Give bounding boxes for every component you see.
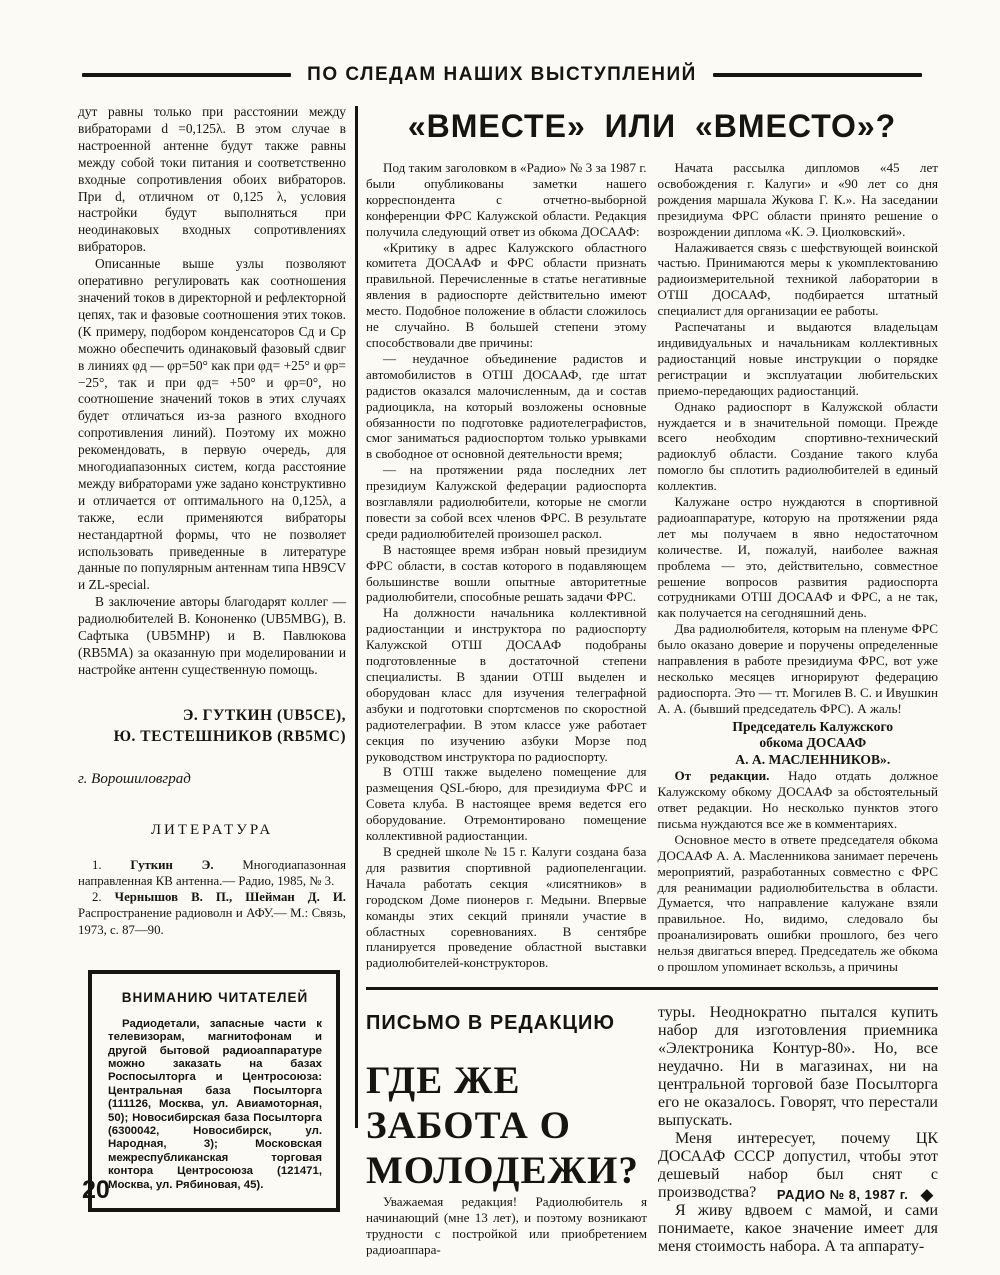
rubric-label: ПО СЛЕДАМ НАШИХ ВЫСТУПЛЕНИЙ <box>307 64 697 86</box>
literature-heading: ЛИТЕРАТУРА <box>78 822 346 839</box>
page-number: 20 <box>82 1176 110 1205</box>
paragraph: Основное место в ответе председателя обк… <box>658 832 939 975</box>
paragraph: На должности начальника коллективной рад… <box>366 605 647 764</box>
literature-list: 1. Гуткин Э. Многодиапазонная направленн… <box>78 857 346 938</box>
paragraph: — на протяжении ряда последних лет прези… <box>366 462 647 542</box>
paragraph: Распечатаны и выдаются владельцам индиви… <box>658 319 939 399</box>
paragraph: туры. Неоднократно пытался купить набор … <box>658 1004 938 1130</box>
readers-notice-box: ВНИМАНИЮ ЧИТАТЕЛЕЙ Радиодетали, запасные… <box>88 970 340 1212</box>
editorial-note: От редакции. Надо отдать должное Калужск… <box>658 768 939 832</box>
antenna-article-continuation: дут равны только при расстоянии между ви… <box>78 104 346 679</box>
paragraph: Под таким заголовком в «Радио» № 3 за 19… <box>366 160 647 240</box>
signature-line: обкома ДОСААФ <box>688 735 939 752</box>
signature-line: Ю. ТЕСТЕШНИКОВ (RB5MC) <box>78 726 346 747</box>
letter-kicker: ПИСЬМО В РЕДАКЦИЮ <box>366 1012 647 1035</box>
literature-item: 2. Чернышов В. П., Шейман Д. И. Распрост… <box>78 889 346 938</box>
paragraph: Налаживается связь с шефствующей воинско… <box>658 240 939 320</box>
paragraph: Начата рассылка дипломов «45 лет освобож… <box>658 160 939 240</box>
notice-title: ВНИМАНИЮ ЧИТАТЕЛЕЙ <box>108 990 322 1005</box>
signature-line: Председатель Калужского <box>688 719 939 736</box>
section-divider-rule <box>366 987 938 990</box>
paragraph: В средней школе № 15 г. Калуги создана б… <box>366 844 647 971</box>
authors-signature: Э. ГУТКИН (UB5CE), Ю. ТЕСТЕШНИКОВ (RB5MC… <box>78 705 346 747</box>
issue-label: РАДИО № 8, 1987 г. <box>777 1187 909 1202</box>
article-column-2: Начата рассылка дипломов «45 лет освобож… <box>658 160 939 975</box>
paragraph: Два радиолюбителя, которым на пленуме ФР… <box>658 621 939 716</box>
letter-column-2: туры. Неоднократно пытался купить набор … <box>658 1004 938 1258</box>
paragraph: Калужане остро нуждаются в спортивной ра… <box>658 494 939 621</box>
main-article-area: «ВМЕСТЕ» ИЛИ «ВМЕСТО»? Под таким заголов… <box>366 108 938 1258</box>
paragraph: В ОТШ также выделено помещение для разме… <box>366 764 647 844</box>
article-columns: Под таким заголовком в «Радио» № 3 за 19… <box>366 160 938 975</box>
paragraph: — неудачное объединение радистов и автом… <box>366 351 647 462</box>
signature-line: Э. ГУТКИН (UB5CE), <box>78 705 346 726</box>
paragraph: В заключение авторы благодарят коллег — … <box>78 594 346 679</box>
letter-headline: ГДЕ ЖЕ ЗАБОТА О МОЛОДЕЖИ? <box>366 1059 666 1194</box>
author-location: г. Ворошиловград <box>78 771 346 788</box>
literature-item-number: 2. <box>92 890 102 904</box>
rubric-rule-left <box>82 73 291 77</box>
notice-body: Радиодетали, запасные части к телевизора… <box>108 1018 322 1192</box>
literature-item-authors: Гуткин Э. <box>130 858 213 872</box>
column-divider <box>355 106 358 1128</box>
magazine-page: ПО СЛЕДАМ НАШИХ ВЫСТУПЛЕНИЙ дут равны то… <box>0 0 1000 1275</box>
left-column: дут равны только при расстоянии между ви… <box>78 104 346 1212</box>
literature-item-text: Распространение радиоволн и АФУ.— М.: Св… <box>78 906 346 936</box>
rubric-rule-right <box>713 73 922 77</box>
paragraph: Однако радиоспорт в Калужской области ну… <box>658 399 939 494</box>
rubric-header: ПО СЛЕДАМ НАШИХ ВЫСТУПЛЕНИЙ <box>82 64 922 86</box>
letter-column-1: ПИСЬМО В РЕДАКЦИЮ ГДЕ ЖЕ ЗАБОТА О МОЛОДЕ… <box>366 1004 647 1258</box>
letter-intro-block: Уважаемая редакция! Радиолюбитель я начи… <box>366 1194 647 1259</box>
paragraph: Уважаемая редакция! Радиолюбитель я начи… <box>366 1194 647 1259</box>
paragraph: дут равны только при расстоянии между ви… <box>78 104 346 256</box>
paragraph: В настоящее время избран новый президиум… <box>366 542 647 606</box>
official-signature: Председатель Калужского обкома ДОСААФ А.… <box>658 719 939 769</box>
literature-item-number: 1. <box>92 858 102 872</box>
paragraph: Я живу вдвоем с мамой, и сами понимаете,… <box>658 1202 938 1256</box>
diamond-icon: ◆ <box>920 1186 934 1203</box>
literature-item: 1. Гуткин Э. Многодиапазонная направленн… <box>78 857 346 889</box>
letter-section: ПИСЬМО В РЕДАКЦИЮ ГДЕ ЖЕ ЗАБОТА О МОЛОДЕ… <box>366 1004 938 1258</box>
footer-issue-info: РАДИО № 8, 1987 г. ◆ <box>777 1186 934 1203</box>
article-column-1: Под таким заголовком в «Радио» № 3 за 19… <box>366 160 647 975</box>
article-title: «ВМЕСТЕ» ИЛИ «ВМЕСТО»? <box>366 108 938 145</box>
literature-item-authors: Чернышов В. П., Шейман Д. И. <box>115 890 346 904</box>
paragraph: Описанные выше узлы позволяют оперативно… <box>78 256 346 594</box>
paragraph: «Критику в адрес Калужского областного к… <box>366 240 647 351</box>
editorial-lead: От редакции. <box>675 768 770 783</box>
signature-line: А. А. МАСЛЕННИКОВ». <box>688 752 939 769</box>
